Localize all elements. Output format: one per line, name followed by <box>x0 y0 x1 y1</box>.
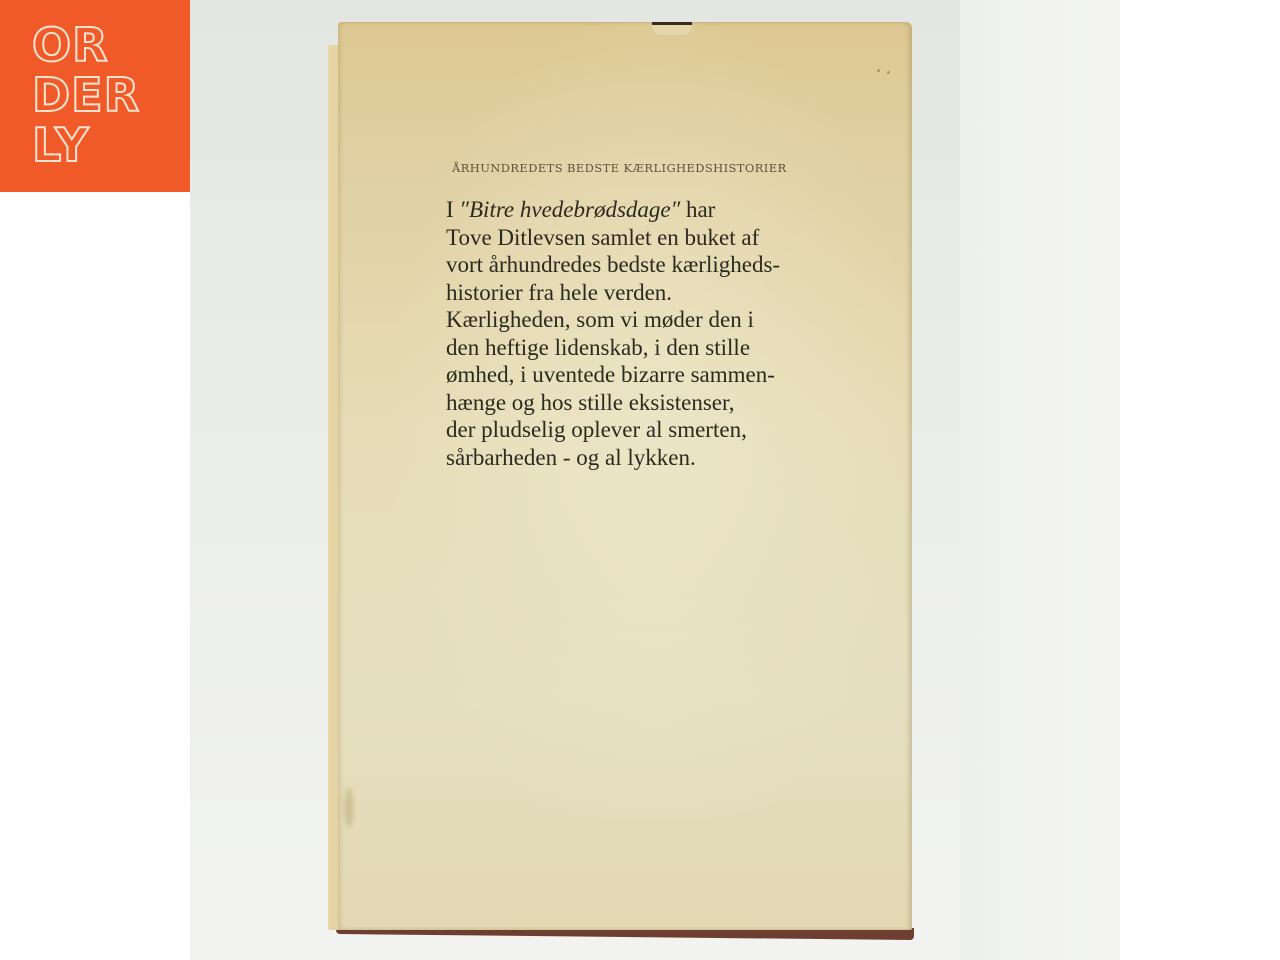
blurb-line: Tove Ditlevsen samlet en buket af <box>446 224 866 252</box>
blurb-line: I ″Bitre hvedebrødsdage″ har <box>446 196 866 224</box>
blurb-line: Kærligheden, som vi møder den i <box>446 306 866 334</box>
blurb-line: der pludselig oplever al smerten, <box>446 416 866 444</box>
cover-stain <box>344 788 354 828</box>
blurb-line: vort århundredes bedste kærligheds- <box>446 251 866 279</box>
book-back-cover <box>338 22 912 930</box>
blurb-line: sårbarheden - og al lykken. <box>446 444 866 472</box>
book-top-tear <box>652 22 692 35</box>
blurb-line: ømhed, i uventede bizarre sammen- <box>446 361 866 389</box>
orderly-logo: OR DER LY <box>0 0 190 192</box>
logo-text: OR DER LY <box>32 20 140 170</box>
cover-spot <box>887 71 890 74</box>
blurb-line: den heftige lidenskab, i den stille <box>446 334 866 362</box>
photo-backdrop-right <box>960 0 1120 960</box>
cover-spot <box>877 69 880 72</box>
series-title: ÅRHUNDREDETS BEDSTE KÆRLIGHEDSHISTORIER <box>452 161 787 175</box>
book-title: ″Bitre hvedebrødsdage″ <box>459 197 680 222</box>
blurb-line: hænge og hos stille eksistenser, <box>446 389 866 417</box>
blurb-line: historier fra hele verden. <box>446 279 866 307</box>
blurb-text: I ″Bitre hvedebrødsdage″ har Tove Ditlev… <box>446 196 866 471</box>
